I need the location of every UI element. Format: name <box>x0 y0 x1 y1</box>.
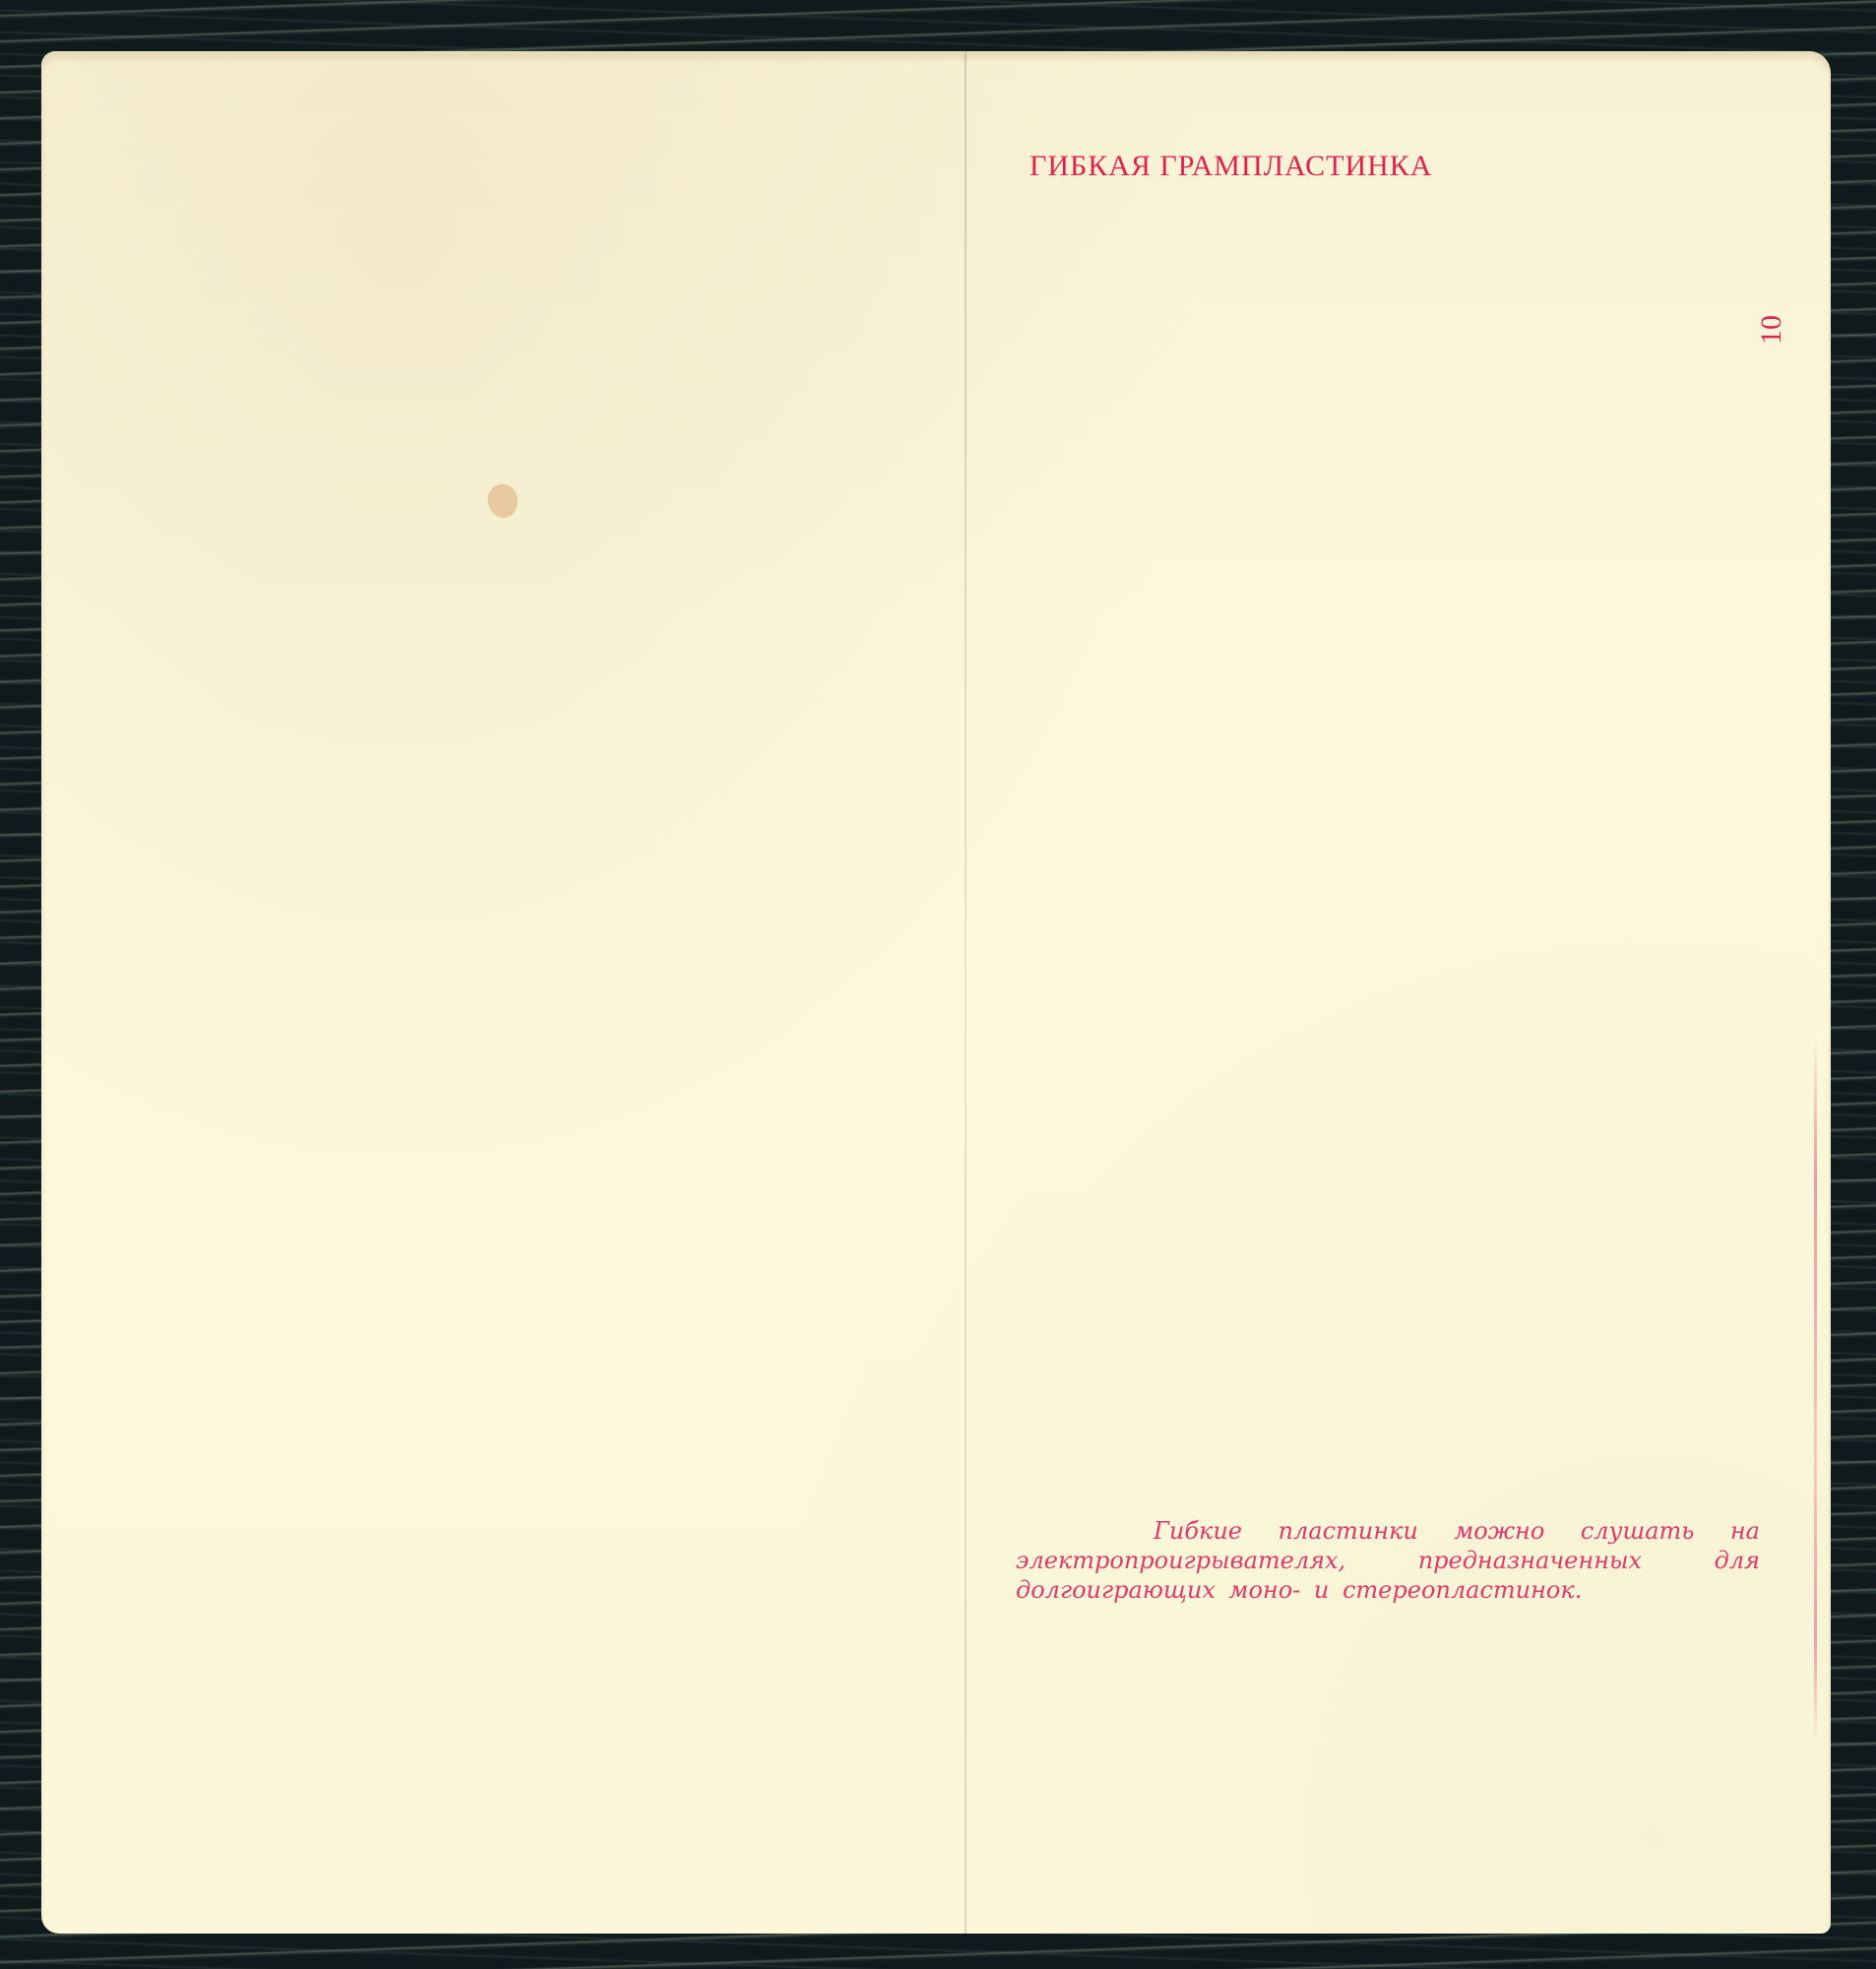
record-sleeve <box>41 51 1831 1934</box>
sleeve-title: ГИБКАЯ ГРАМПЛАСТИНКА <box>1030 150 1432 183</box>
edge-ink-mark <box>1814 1036 1817 1745</box>
fold-line <box>965 51 967 1934</box>
side-number: 10 <box>1755 315 1788 345</box>
playback-note: Гибкие пластинки можно слушать на электр… <box>1016 1516 1760 1605</box>
paper-stain <box>483 480 522 522</box>
